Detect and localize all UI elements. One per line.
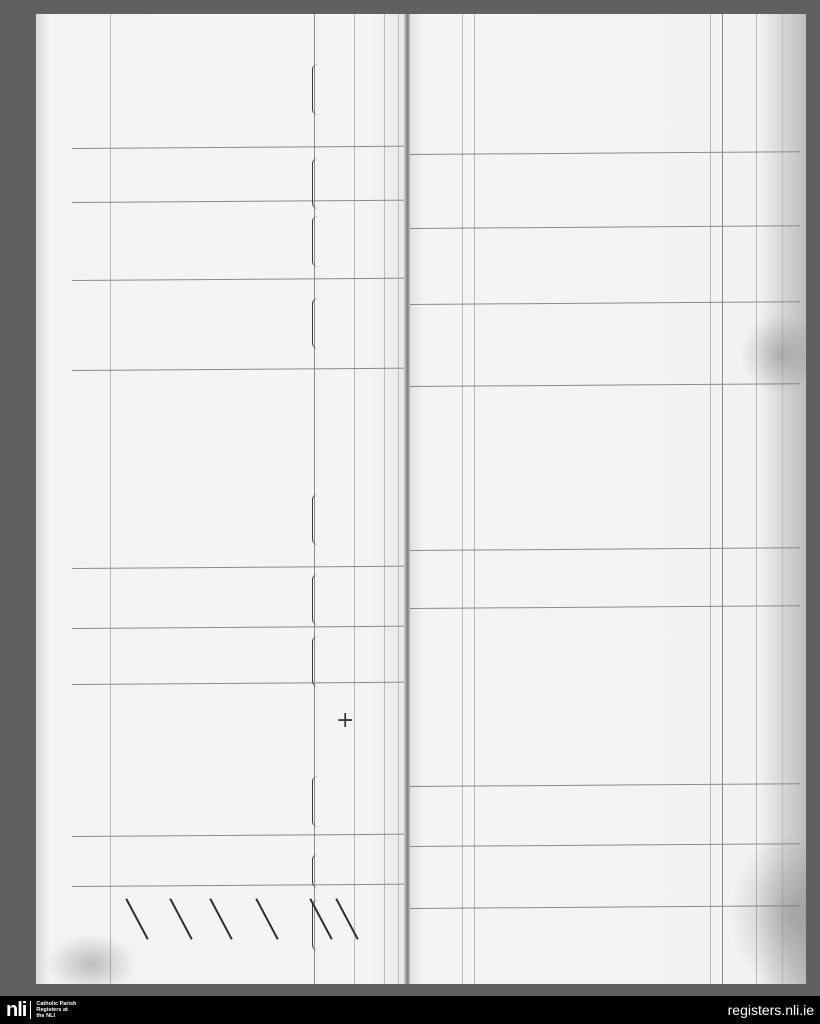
paper-stain [46,934,136,984]
logo-text: Catholic Parish Registers at the NLI [36,1001,76,1019]
logo-text-line: the NLI [36,1013,76,1019]
entry-divider [410,301,800,305]
logo-divider [30,1001,31,1019]
column-rule [756,14,757,984]
entry-divider [72,626,406,629]
left-register-page: + [36,14,408,984]
bracket [312,494,319,545]
entry-divider [72,884,406,887]
entry-divider [410,843,800,847]
entry-divider [410,383,800,387]
column-rule [398,14,399,984]
entry-divider [72,278,406,281]
pencil-cross-mark: + [336,708,354,733]
column-rule [354,14,355,984]
nli-logo[interactable]: nli Catholic Parish Registers at the NLI [6,1000,76,1020]
entry-divider [72,682,406,685]
bracket [312,854,319,888]
bracket [312,636,319,687]
entry-divider [410,225,800,229]
strike-through-mark [169,898,192,940]
entry-divider [72,368,406,371]
entry-divider [72,200,406,203]
entry-divider [72,146,406,149]
bracket [312,158,319,209]
entry-divider [72,834,406,837]
bracket [312,298,319,349]
nli-logo-mark: nli [6,1000,26,1020]
column-rule [474,14,475,984]
footer-bar: nli Catholic Parish Registers at the NLI… [0,996,820,1024]
strike-through-mark [335,898,358,940]
entry-divider [410,605,800,609]
entry-divider [410,547,800,551]
bracket [312,574,319,625]
column-rule [710,14,711,984]
bracket [312,64,319,115]
entry-divider [72,566,406,569]
image-viewer[interactable]: + [0,0,820,996]
column-rule [462,14,463,984]
right-register-page [410,14,806,984]
paper-stain [730,834,806,984]
bracket [312,776,319,827]
strike-through-mark [125,898,148,940]
entry-divider [410,783,800,787]
registers-site-link[interactable]: registers.nli.ie [728,1002,814,1018]
column-rule [722,14,723,984]
entry-divider [410,151,800,155]
column-rule [110,14,111,984]
strike-through-mark [209,898,232,940]
paper-stain [740,314,806,394]
strike-through-mark [255,898,278,940]
bracket [312,216,319,267]
column-rule [384,14,385,984]
